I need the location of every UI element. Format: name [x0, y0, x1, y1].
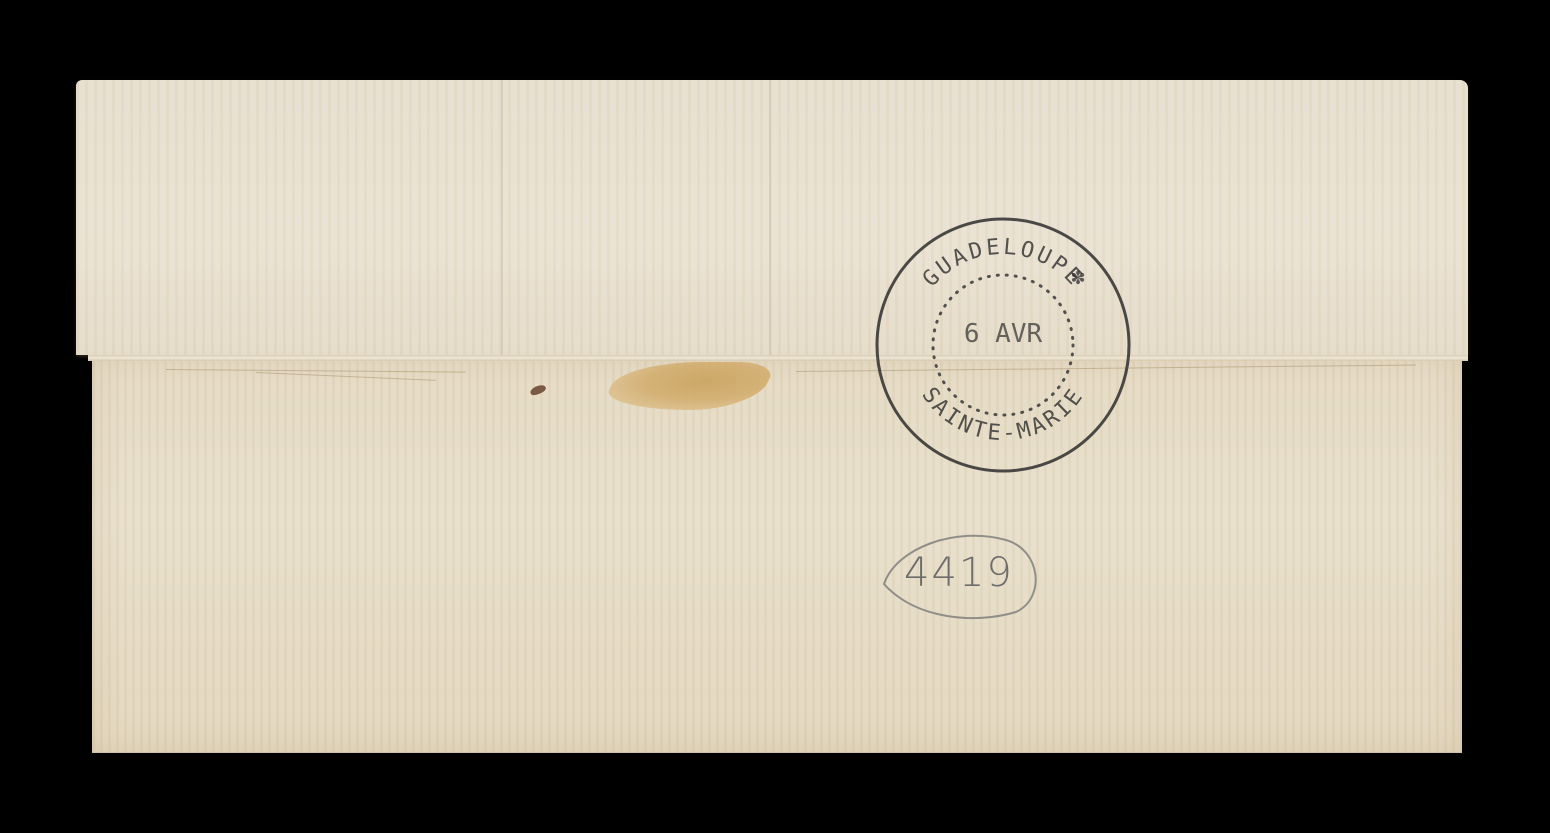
letter-upper-flap — [76, 80, 1468, 355]
postmark-top-text: GUADELOUPE — [918, 235, 1088, 292]
svg-text:GUADELOUPE: GUADELOUPE — [918, 235, 1088, 292]
fold-edge — [88, 355, 1468, 361]
folded-letter-cover: GUADELOUPE SAINTE-MARIE 6 AVR ✽ 4419 — [76, 80, 1468, 752]
pencil-number: 4419 — [904, 550, 1014, 596]
flap-seam — [769, 80, 771, 355]
flap-seam — [501, 80, 503, 355]
pencil-annotation: 4419 — [876, 528, 1046, 624]
postmark-date: 6 AVR — [964, 319, 1043, 349]
letter-lower-panel — [92, 356, 1462, 753]
postmark-ornament-icon: ✽ — [1070, 268, 1085, 289]
postmark-guadeloupe-sainte-marie: GUADELOUPE SAINTE-MARIE 6 AVR ✽ — [872, 214, 1134, 476]
